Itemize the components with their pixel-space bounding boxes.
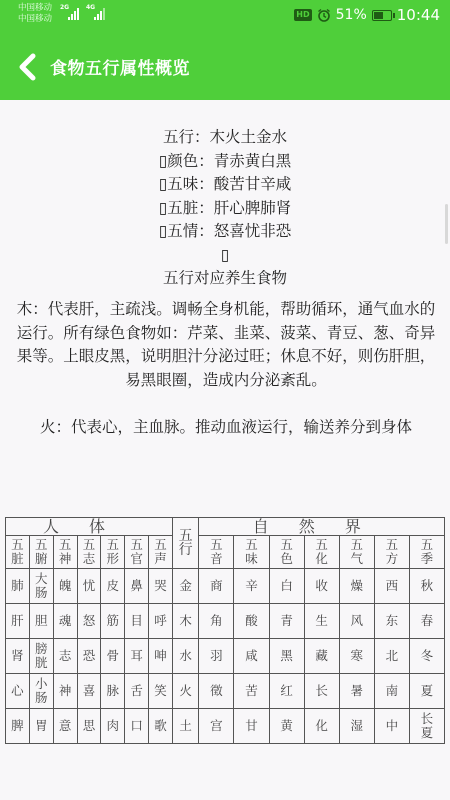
table-cell: 耳 [125,639,149,674]
table-cell: 笑 [149,674,173,709]
table-cell: 苦 [234,674,269,709]
table-cell: 忧 [77,569,101,604]
table-cell: 南 [374,674,409,709]
table-cell: 喜 [77,674,101,709]
table-cell: 咸 [234,639,269,674]
table-cell: 羽 [199,639,234,674]
column-header: 五方 [374,536,409,569]
element-cell: 水 [172,639,198,674]
carrier-1: 中国移动 [18,3,52,14]
battery-icon [372,10,392,21]
clock: 10:44 [397,6,440,24]
table-cell: 鼻 [125,569,149,604]
table-cell: 徵 [199,674,234,709]
table-cell: 湿 [339,709,374,744]
table-cell: 怒 [77,604,101,639]
table-cell: 呼 [149,604,173,639]
column-header: 五气 [339,536,374,569]
summary-line: ▯ [0,244,450,268]
summary-line: ▯颜色：青赤黄白黑 [0,150,450,174]
table-cell: 恐 [77,639,101,674]
table-cell: 商 [199,569,234,604]
column-header: 五神 [53,536,77,569]
table-group-header: 人体 五行 自然界 [6,518,445,536]
table-cell: 脾 [6,709,30,744]
summary-line: 五行：木火土金水 [0,126,450,150]
status-right: HD 51% 10:44 [294,6,440,24]
battery-percent: 51% [336,7,367,23]
table-cell: 春 [409,604,444,639]
table-cell: 肺 [6,569,30,604]
table-row: 心 小肠 神 喜 脉 舌 笑 火 徵 苦 红 长 暑 南 夏 [6,674,445,709]
table-row: 脾 胃 意 思 肉 口 歌 土 宫 甘 黄 化 湿 中 长夏 [6,709,445,744]
table-cell: 胃 [29,709,53,744]
element-cell: 木 [172,604,198,639]
table-cell: 秋 [409,569,444,604]
table-cell: 长 [304,674,339,709]
paragraph-wood: 木：代表肝，主疏浅。调畅全身机能，帮助循环，通气血水的运行。所有绿色食物如：芹菜… [16,298,436,392]
table-cell: 东 [374,604,409,639]
summary-line: ▯五情：怒喜忧非恐 [0,220,450,244]
group-five-elements: 五行 [172,518,198,569]
carrier-labels: 中国移动 中国移动 [18,3,52,25]
status-bar: 中国移动 中国移动 2G 4G HD 51% 10:44 [0,0,450,35]
table-cell: 寒 [339,639,374,674]
table-cell: 白 [269,569,304,604]
table-cell: 呻 [149,639,173,674]
table-cell: 收 [304,569,339,604]
table-cell: 意 [53,709,77,744]
scrollbar[interactable] [445,204,448,244]
table-cell: 甘 [234,709,269,744]
column-header: 五季 [409,536,444,569]
table-cell: 筋 [101,604,125,639]
signal-4g-icon: 4G [86,6,105,20]
table-cell: 口 [125,709,149,744]
table-row: 肝 胆 魂 怒 筋 目 呼 木 角 酸 青 生 风 东 春 [6,604,445,639]
signal-2g-icon: 2G [60,6,79,20]
table-cell: 暑 [339,674,374,709]
table-cell: 黄 [269,709,304,744]
table-column-headers: 五脏 五腑 五神 五志 五形 五官 五声 五音 五味 五色 五化 五气 五方 五… [6,536,445,569]
table-cell: 生 [304,604,339,639]
table-cell: 哭 [149,569,173,604]
summary-line: ▯五脏：肝心脾肺肾 [0,197,450,221]
section-heading: 五行对应养生食物 [0,267,450,291]
table-cell: 膀胱 [29,639,53,674]
table-cell: 燥 [339,569,374,604]
column-header: 五味 [234,536,269,569]
table-cell: 化 [304,709,339,744]
table-cell: 胆 [29,604,53,639]
column-header: 五化 [304,536,339,569]
table-cell: 心 [6,674,30,709]
content-scroll[interactable]: 五行：木火土金水 ▯颜色：青赤黄白黑 ▯五味：酸苦甘辛咸 ▯五脏：肝心脾肺肾 ▯… [0,100,450,800]
column-header: 五形 [101,536,125,569]
table-cell: 藏 [304,639,339,674]
column-header: 五色 [269,536,304,569]
table-cell: 脉 [101,674,125,709]
app-bar: 食物五行属性概览 [0,35,450,100]
table-cell: 红 [269,674,304,709]
table-cell: 神 [53,674,77,709]
back-button[interactable] [16,52,40,82]
table-cell: 舌 [125,674,149,709]
table-cell: 冬 [409,639,444,674]
table-cell: 辛 [234,569,269,604]
table-cell: 风 [339,604,374,639]
chevron-left-icon [16,52,40,82]
table-row: 肺 大肠 魄 忧 皮 鼻 哭 金 商 辛 白 收 燥 西 秋 [6,569,445,604]
element-cell: 火 [172,674,198,709]
five-elements-summary: 五行：木火土金水 ▯颜色：青赤黄白黑 ▯五味：酸苦甘辛咸 ▯五脏：肝心脾肺肾 ▯… [0,126,450,291]
table-cell: 目 [125,604,149,639]
hd-icon: HD [294,9,311,21]
table-cell: 夏 [409,674,444,709]
summary-line: ▯五味：酸苦甘辛咸 [0,173,450,197]
table-cell: 志 [53,639,77,674]
table-cell: 宫 [199,709,234,744]
column-header: 五官 [125,536,149,569]
column-header: 五志 [77,536,101,569]
alarm-icon [317,8,331,22]
table-cell: 小肠 [29,674,53,709]
table-cell: 北 [374,639,409,674]
table-cell: 青 [269,604,304,639]
group-human-body: 人体 [6,518,173,536]
carrier-2: 中国移动 [18,14,52,25]
table-cell: 长夏 [409,709,444,744]
table-cell: 肝 [6,604,30,639]
paragraph-fire: 火：代表心，主血脉。推动血液运行，输送养分到身体 [16,416,436,454]
table-cell: 肉 [101,709,125,744]
column-header: 五腑 [29,536,53,569]
five-elements-table: 人体 五行 自然界 五脏 五腑 五神 五志 五形 五官 五声 五音 五味 五色 … [5,517,445,744]
table-row: 肾 膀胱 志 恐 骨 耳 呻 水 羽 咸 黑 藏 寒 北 冬 [6,639,445,674]
table-cell: 肾 [6,639,30,674]
element-cell: 金 [172,569,198,604]
table-cell: 皮 [101,569,125,604]
table-cell: 魄 [53,569,77,604]
table-cell: 黑 [269,639,304,674]
column-header: 五音 [199,536,234,569]
table-cell: 大肠 [29,569,53,604]
table-cell: 酸 [234,604,269,639]
table-cell: 角 [199,604,234,639]
page-title: 食物五行属性概览 [50,54,190,79]
table-cell: 魂 [53,604,77,639]
group-nature: 自然界 [199,518,445,536]
column-header: 五脏 [6,536,30,569]
column-header: 五声 [149,536,173,569]
table-cell: 歌 [149,709,173,744]
table-cell: 思 [77,709,101,744]
table-cell: 骨 [101,639,125,674]
table-cell: 西 [374,569,409,604]
table-cell: 中 [374,709,409,744]
element-cell: 土 [172,709,198,744]
